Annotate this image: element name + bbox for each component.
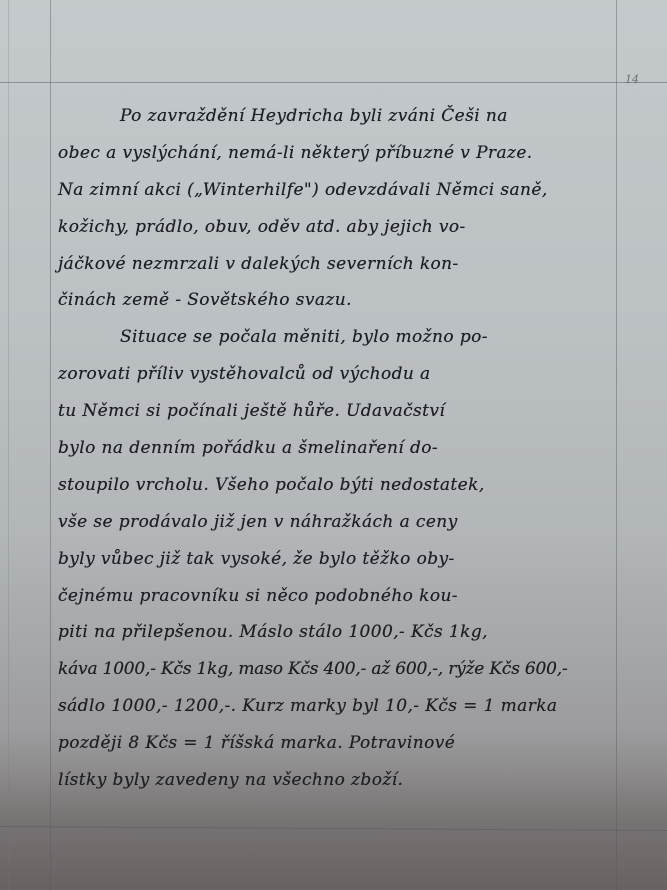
- text-line: jáčkové nezmrzali v dalekých severních k…: [58, 246, 618, 283]
- text-line: Situace se počala měniti, bylo možno po-: [58, 319, 618, 356]
- text-line: stoupilo vrcholu. Všeho počalo býti nedo…: [58, 467, 618, 504]
- text-line: zorovati příliv vystěhovalců od východu …: [58, 356, 618, 393]
- handwritten-text: Po zavraždění Heydricha byli zváni Češi …: [58, 98, 618, 799]
- paragraph-2: Situace se počala měniti, bylo možno po-…: [58, 319, 618, 799]
- text-line: vše se prodávalo již jen v náhražkách a …: [58, 504, 618, 541]
- text-line: piti na přilepšenou. Máslo stálo 1000,- …: [58, 614, 618, 651]
- text-line: později 8 Kčs = 1 říšská marka. Potravin…: [58, 725, 618, 762]
- text-line: činách země - Sovětského svazu.: [58, 282, 618, 319]
- left-margin-line: [50, 0, 51, 890]
- text-line: byly vůbec již tak vysoké, že bylo těžko…: [58, 541, 618, 578]
- footer-rule-line: [0, 826, 667, 831]
- page-edge-line: [8, 0, 9, 890]
- text-line: obec a vyslýchání, nemá-li některý příbu…: [58, 135, 618, 172]
- text-line: bylo na denním pořádku a šmelinaření do-: [58, 430, 618, 467]
- text-line: kožichy, prádlo, obuv, oděv atd. aby jej…: [58, 209, 618, 246]
- text-line: tu Němci si počínali ještě hůře. Udavačs…: [58, 393, 618, 430]
- text-line: Na zimní akci („Winterhilfe") odevzdával…: [58, 172, 618, 209]
- paragraph-1: Po zavraždění Heydricha byli zváni Češi …: [58, 98, 618, 319]
- text-line: čejnému pracovníku si něco podobného kou…: [58, 578, 618, 615]
- document-page: 14 Po zavraždění Heydricha byli zváni Če…: [0, 0, 667, 890]
- text-line: sádlo 1000,- 1200,-. Kurz marky byl 10,-…: [58, 688, 618, 725]
- page-number: 14: [625, 73, 639, 86]
- header-rule-line: [0, 82, 667, 83]
- text-line: káva 1000,- Kčs 1kg, maso Kčs 400,- až 6…: [58, 651, 618, 688]
- text-line: Po zavraždění Heydricha byli zváni Češi …: [58, 98, 618, 135]
- text-line: lístky byly zavedeny na všechno zboží.: [58, 762, 618, 799]
